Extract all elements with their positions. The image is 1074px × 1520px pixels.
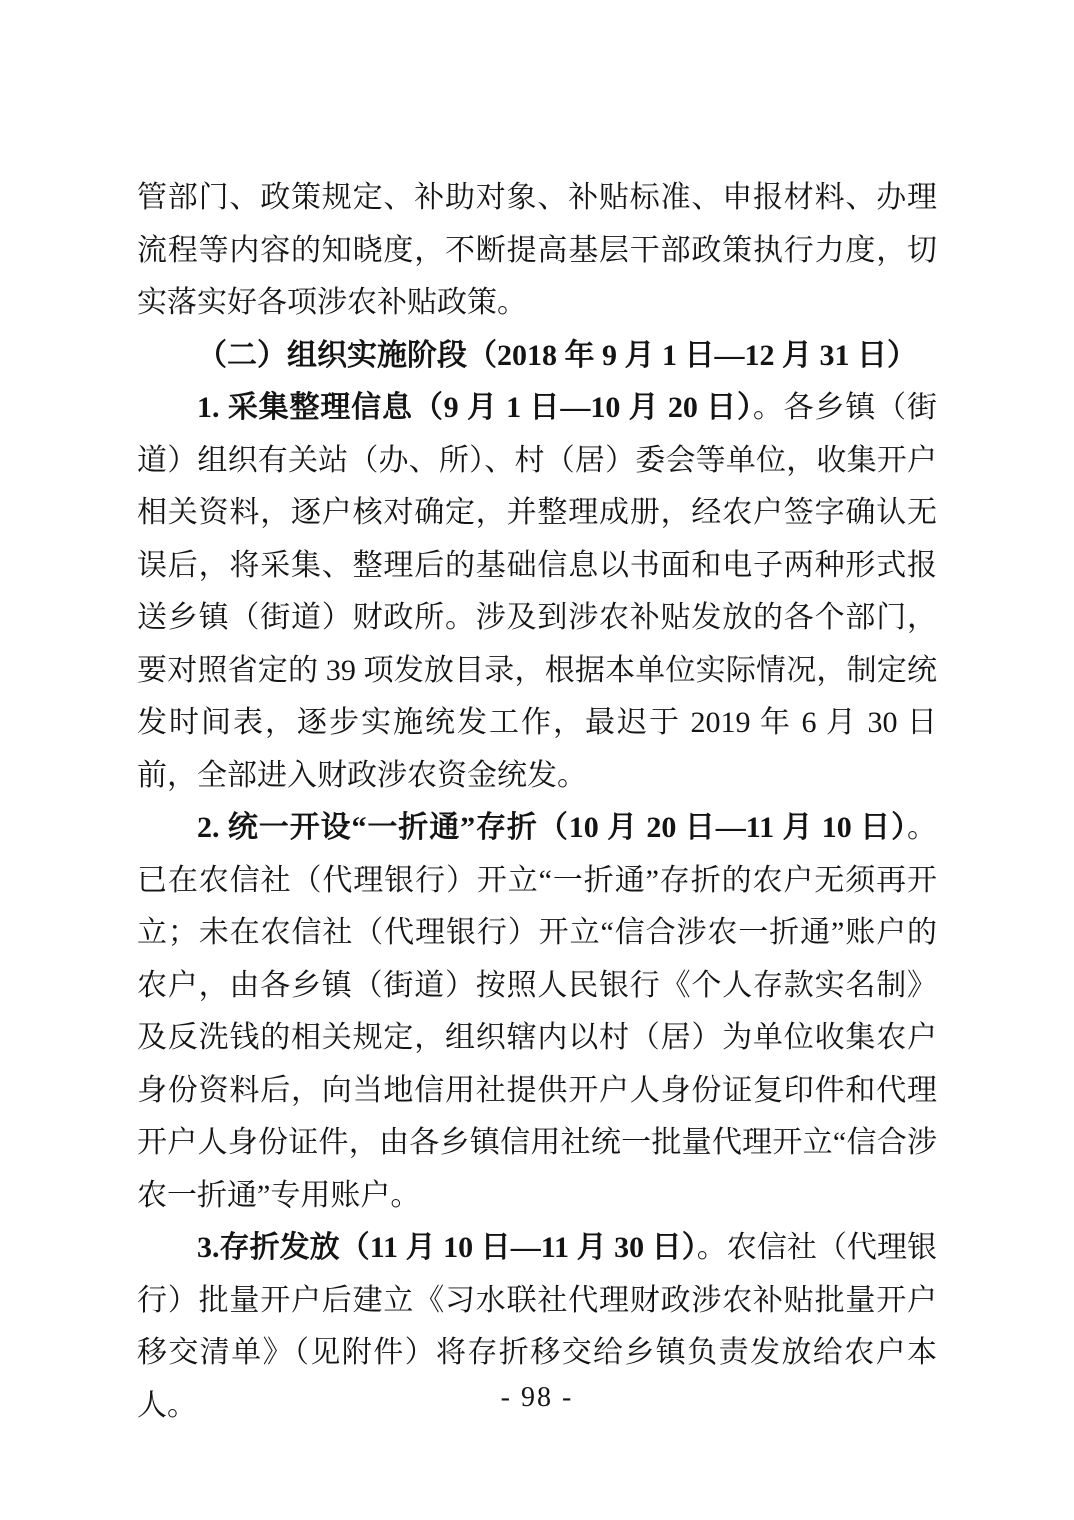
numbered-paragraph-2: 2. 统一开设“一折通”存折（10 月 20 日—11 月 10 日）。已在农信… <box>137 802 937 1222</box>
numbered-paragraph-1-text: 。各乡镇（街道）组织有关站（办、所）、村（居）委会等单位，收集开户相关资料，逐户… <box>137 391 937 792</box>
document-body: 管部门、政策规定、补助对象、补贴标准、申报材料、办理流程等内容的知晓度，不断提高… <box>137 172 937 1432</box>
numbered-paragraph-1-lead: 1. 采集整理信息（9 月 1 日—10 月 20 日） <box>197 391 753 424</box>
document-page: 管部门、政策规定、补助对象、补贴标准、申报材料、办理流程等内容的知晓度，不断提高… <box>0 0 1074 1520</box>
section-heading: （二）组织实施阶段（2018 年 9 月 1 日—12 月 31 日） <box>137 330 937 383</box>
numbered-paragraph-3-lead: 3.存折发放（11 月 10 日—11 月 30 日） <box>197 1231 697 1264</box>
page-number: - 98 - <box>0 1382 1074 1414</box>
numbered-paragraph-1: 1. 采集整理信息（9 月 1 日—10 月 20 日）。各乡镇（街道）组织有关… <box>137 382 937 802</box>
numbered-paragraph-2-text: 。已在农信社（代理银行）开立“一折通”存折的农户无须再开立；未在农信社（代理银行… <box>137 811 937 1212</box>
paragraph-continuation: 管部门、政策规定、补助对象、补贴标准、申报材料、办理流程等内容的知晓度，不断提高… <box>137 172 937 330</box>
numbered-paragraph-2-lead: 2. 统一开设“一折通”存折（10 月 20 日—11 月 10 日） <box>197 811 907 844</box>
